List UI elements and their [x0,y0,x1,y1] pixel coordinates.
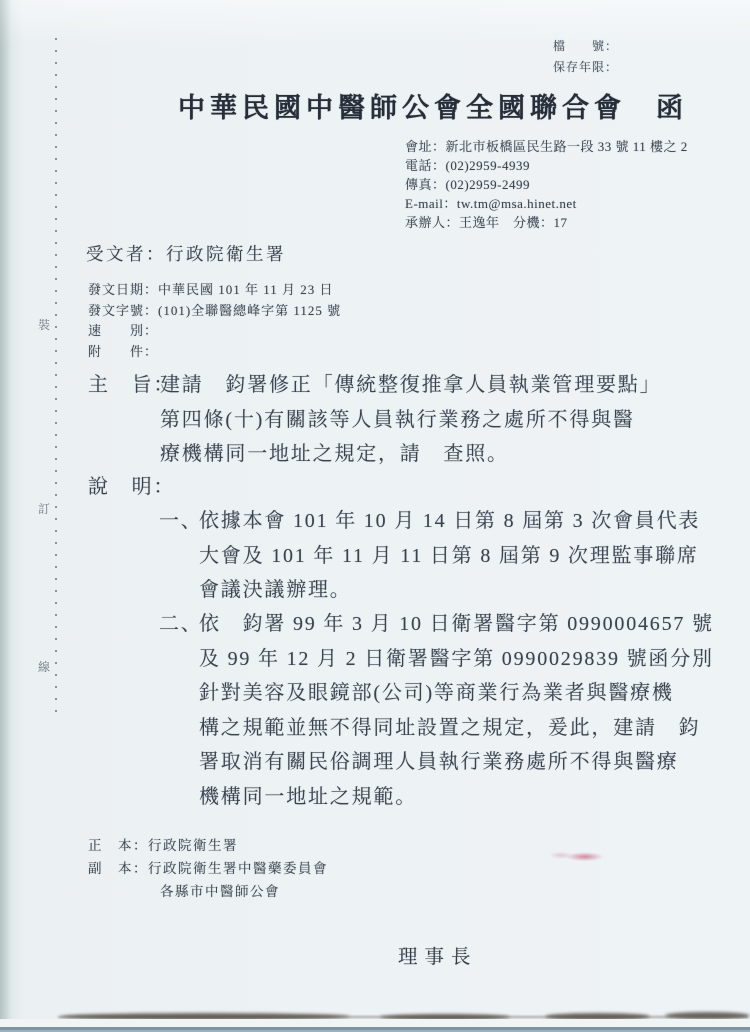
copy-cc2-line: 各縣市中醫師公會 [160,880,280,900]
chairman-title: 理事長 [398,941,478,969]
issue-number-line: 發文字號：(101)全聯醫總峰字第 1125 號 [88,301,341,322]
item2-line: 署取消有關民俗調理人員執行業務處所不得與醫療 [199,745,714,780]
copies-block: 正 本：行政院衛生署 副 本：行政院衛生署中醫藥委員會 [88,835,328,880]
subject-line: 建請 鈞署修正「傳統整復推拿人員執業管理要點」 [160,368,661,403]
copy-original-line: 正 本：行政院衛生署 [88,835,328,858]
item2-line: 構之規範並無不得同址設置之規定，爰此，建請 鈞 [199,711,714,746]
item1-text: 依據本會 101 年 10 月 14 日第 8 屆第 3 次會員代表 大會及 1… [199,504,700,608]
subject-line: 第四條(十)有關該等人員執行業務之處所不得與醫 [160,403,661,438]
item2-number: 二、 [159,607,203,642]
red-ink-smudge [545,849,609,863]
recipient-line: 受文者：行政院衛生署 [86,241,286,266]
issue-date-line: 發文日期：中華民國 101 年 11 月 23 日 [88,280,341,301]
file-number-block: 檔 號： 保存年限： [553,36,618,78]
copy-cc-line: 副 本：行政院衛生署中醫藥委員會 [88,858,328,881]
document-page: 檔 號： 保存年限： 中華民國中醫師公會全國聯合會 函 會址：新北市板橋區民生路… [0,0,750,1032]
item2-line: 針對美容及眼鏡部(公司)等商業行為業者與醫療機 [199,676,714,711]
document-type: 函 [656,86,688,125]
item2-line: 機構同一地址之規範。 [199,780,714,815]
retention-period-label: 保存年限： [553,57,618,78]
item2-text: 依 鈞署 99 年 3 月 10 日衛署醫字第 0990004657 號 及 9… [199,607,714,815]
title-row: 中華民國中醫師公會全國聯合會 函 [178,86,688,125]
item2-line: 及 99 年 12 月 2 日衛署醫字第 0990029839 號函分別 [199,642,714,677]
org-info-block: 會址：新北市板橋區民生路一段 33 號 11 樓之 2 電話：(02)2959-… [405,137,688,232]
scan-left-edge [0,0,12,1032]
binding-mark-zhuang: 裝 [38,316,50,333]
item1-line: 會議決議辦理。 [199,573,700,608]
binding-mark-xian: 線 [38,658,50,675]
org-email: E-mail：tw.tm@msa.hinet.net [405,194,688,213]
org-address: 會址：新北市板橋區民生路一段 33 號 11 樓之 2 [405,137,688,156]
subject-line: 療機構同一地址之規定，請 查照。 [160,437,661,472]
speed-label: 速 別： [88,321,341,342]
page-bottom-shadow [665,1012,750,1019]
item1-number: 一、 [159,504,203,539]
document-title: 中華民國中醫師公會全國聯合會 [178,86,626,125]
item1-line: 大會及 101 年 11 月 11 日第 8 屆第 9 次理監事聯席 [199,539,700,574]
binding-mark-ding: 訂 [38,500,50,517]
file-number-label: 檔 號： [553,36,618,57]
org-fax: 傳真：(02)2959-2499 [405,175,688,194]
binding-dotted-line [55,38,57,712]
subject-text: 建請 鈞署修正「傳統整復推拿人員執業管理要點」 第四條(十)有關該等人員執行業務… [160,368,661,472]
org-contact: 承辦人：王逸年 分機：17 [405,213,688,232]
attachment-label: 附 件： [88,342,341,363]
item1-line: 依據本會 101 年 10 月 14 日第 8 屆第 3 次會員代表 [199,504,700,539]
item2-line: 依 鈞署 99 年 3 月 10 日衛署醫字第 0990004657 號 [199,607,714,642]
explanation-label: 說 明： [88,470,175,505]
meta-block: 發文日期：中華民國 101 年 11 月 23 日 發文字號：(101)全聯醫總… [88,280,341,362]
org-phone: 電話：(02)2959-4939 [405,156,688,175]
